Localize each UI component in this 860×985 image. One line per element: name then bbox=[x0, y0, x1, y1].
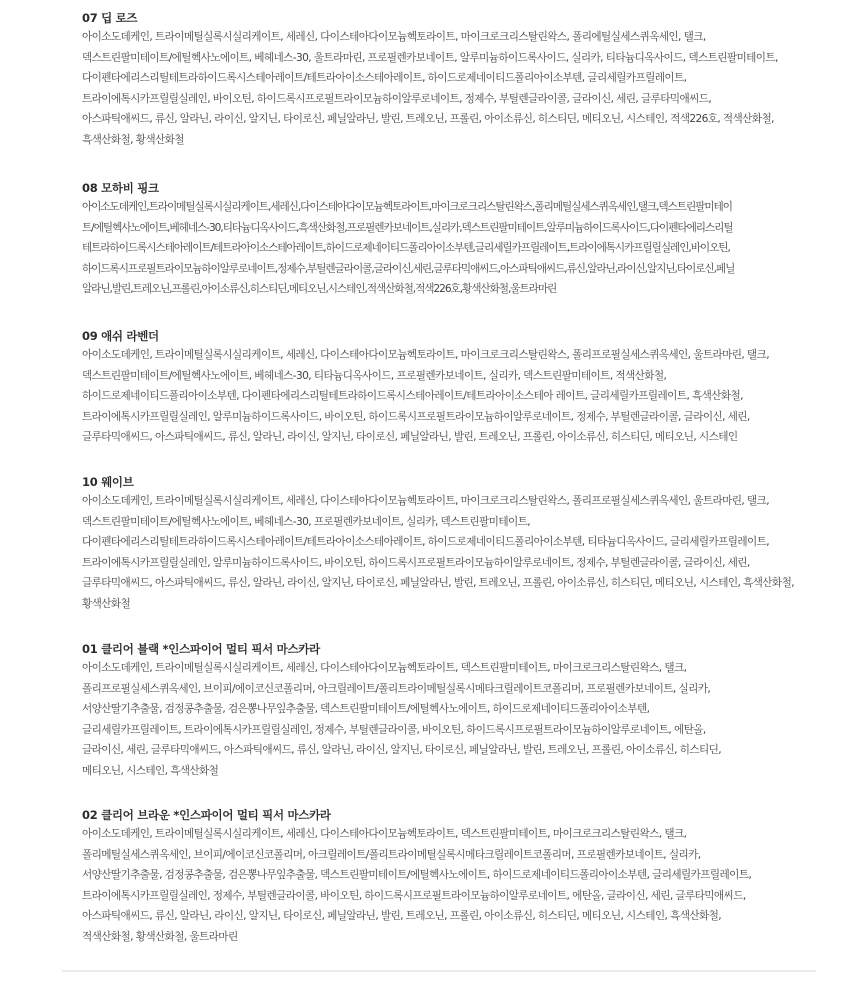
section-title: 08 모하비 핑크 bbox=[82, 180, 734, 197]
ingredient-line: 아스파틱애씨드, 류신, 알라닌, 라이신, 알지닌, 타이로신, 페닐알라닌,… bbox=[82, 906, 751, 927]
ingredient-line: 알라닌,발린,트레오닌,프롤린,아이소류신,히스티딘,메티오닌,시스테인,적색산… bbox=[82, 279, 734, 300]
section-07-deep-rose: 07 딥 로즈 아이소도데케인, 트라이메틸실록시실리케이트, 세레신, 다이스… bbox=[82, 10, 778, 150]
ingredient-line: 폴리메틸실세스퀴옥세인, 브이피/에이코신코폴리머, 아크릴레이트/폴리트라이메… bbox=[82, 845, 751, 866]
ingredient-line: 아이소도데케인,트라이메틸실록시실리케이트,세레신,다이스테아다이모늄헥토라이트… bbox=[82, 197, 734, 218]
ingredient-line: 하이드로제네이티드폴리아이소부텐, 다이펜타에리스리틸테트라하이드록시스테아레이… bbox=[82, 386, 769, 407]
ingredient-line: 서양산딸기추출물, 검정콩추출물, 검은뽕나무잎추출물, 덱스트린팔미테이트/에… bbox=[82, 699, 721, 720]
ingredient-line: 아이소도데케인, 트라이메틸실록시실리케이트, 세레신, 다이스테아다이모늄헥토… bbox=[82, 824, 751, 845]
ingredient-line: 글루타믹애씨드, 아스파틱애씨드, 류신, 알라닌, 라이신, 알지닌, 타이로… bbox=[82, 427, 769, 448]
ingredient-line: 아이소도데케인, 트라이메틸실록시실리케이트, 세레신, 다이스테아다이모늄헥토… bbox=[82, 345, 769, 366]
bottom-divider bbox=[62, 970, 816, 972]
ingredient-line: 아스파틱애씨드, 류신, 알라닌, 라이신, 알지닌, 타이로신, 페닐알라닌,… bbox=[82, 109, 778, 130]
ingredient-line: 덱스트린팔미테이트/에틸헥사노에이트, 베헤네스-30, 울트라마린, 프로필렌… bbox=[82, 48, 778, 69]
ingredient-line: 트라이에톡시카프릴릴실레인, 알루미늄하이드록사이드, 바이오틴, 하이드록시프… bbox=[82, 407, 769, 428]
section-title: 01 클리어 블랙 *인스파이어 멀티 픽서 마스카라 bbox=[82, 641, 721, 658]
ingredient-line: 덱스트린팔미테이트/에틸헥사노에이트, 베헤네스-30, 티타늄디옥사이드, 프… bbox=[82, 366, 769, 387]
ingredient-line: 글루타믹애씨드, 아스파틱애씨드, 류신, 알라닌, 라이신, 알지닌, 타이로… bbox=[82, 573, 794, 594]
section-title: 10 웨이브 bbox=[82, 474, 794, 491]
ingredient-line: 트/에틸헥사노에이트,베헤네스-30,티타늄디옥사이드,흑색산화철,프로필렌카보… bbox=[82, 218, 734, 239]
ingredient-line: 트라이에톡시카프릴릴실레인, 정제수, 부틸렌글라이콜, 바이오틴, 하이드록시… bbox=[82, 886, 751, 907]
section-02-clear-brown-mascara: 02 클리어 브라운 *인스파이어 멀티 픽서 마스카라 아이소도데케인, 트라… bbox=[82, 807, 751, 947]
ingredient-line: 트라이에톡시카프릴릴실레인, 바이오틴, 하이드록시프로필트라이모늄하이알루로네… bbox=[82, 89, 778, 110]
section-09-ash-lavender: 09 애쉬 라벤더 아이소도데케인, 트라이메틸실록시실리케이트, 세레신, 다… bbox=[82, 328, 769, 448]
ingredient-line: 다이펜타에리스리틸테트라하이드록시스테아레이트/테트라아이소스테아레이트, 하이… bbox=[82, 68, 778, 89]
section-title: 02 클리어 브라운 *인스파이어 멀티 픽서 마스카라 bbox=[82, 807, 751, 824]
ingredient-line: 폴리프로필실세스퀴옥세인, 브이피/에이코신코폴리머, 아크릴레이트/폴리트라이… bbox=[82, 679, 721, 700]
ingredient-line: 글리세릴카프릴레이트, 트라이에톡시카프릴릴실레인, 정제수, 부틸렌글라이콜,… bbox=[82, 720, 721, 741]
section-10-wave: 10 웨이브 아이소도데케인, 트라이메틸실록시실리케이트, 세레신, 다이스테… bbox=[82, 474, 794, 614]
ingredient-line: 황색산화철 bbox=[82, 594, 794, 615]
ingredient-line: 테트라하이드록시스테아레이트/테트라아이소스테아레이트,하이드로제네이티드폴리아… bbox=[82, 238, 734, 259]
section-08-mojave-pink: 08 모하비 핑크 아이소도데케인,트라이메틸실록시실리케이트,세레신,다이스테… bbox=[82, 180, 734, 300]
section-title: 09 애쉬 라벤더 bbox=[82, 328, 769, 345]
ingredient-line: 덱스트린팔미테이트/에틸헥사노에이트, 베헤네스-30, 프로필렌카보네이트, … bbox=[82, 512, 794, 533]
ingredient-line: 메티오닌, 시스테인, 흑색산화철 bbox=[82, 761, 721, 782]
ingredient-line: 아이소도데케인, 트라이메틸실록시실리케이트, 세레신, 다이스테아다이모늄헥토… bbox=[82, 491, 794, 512]
ingredient-line: 아이소도데케인, 트라이메틸실록시실리케이트, 세레신, 다이스테아다이모늄헥토… bbox=[82, 27, 778, 48]
ingredient-line: 서양산딸기추출물, 검정콩추출물, 검은뽕나무잎추출물, 덱스트린팔미테이트/에… bbox=[82, 865, 751, 886]
ingredient-line: 하이드록시프로필트라이모늄하이알루로네이트,정제수,부틸렌글라이콜,글라이신,세… bbox=[82, 259, 734, 280]
ingredient-line: 다이펜타에리스리틸테트라하이드록시스테아레이트/테트라아이소스테아레이트, 하이… bbox=[82, 532, 794, 553]
ingredient-line: 트라이에톡시카프릴릴실레인, 알루미늄하이드록사이드, 바이오틴, 하이드록시프… bbox=[82, 553, 794, 574]
ingredient-line: 아이소도데케인, 트라이메틸실록시실리케이트, 세레신, 다이스테아다이모늄헥토… bbox=[82, 658, 721, 679]
ingredient-line: 글라이신, 세린, 글루타믹애씨드, 아스파틱애씨드, 류신, 알라닌, 라이신… bbox=[82, 740, 721, 761]
ingredient-line: 흑색산화철, 황색산화철 bbox=[82, 130, 778, 151]
ingredient-line: 적색산화철, 황색산화철, 울트라마린 bbox=[82, 927, 751, 948]
section-title: 07 딥 로즈 bbox=[82, 10, 778, 27]
section-01-clear-black-mascara: 01 클리어 블랙 *인스파이어 멀티 픽서 마스카라 아이소도데케인, 트라이… bbox=[82, 641, 721, 781]
